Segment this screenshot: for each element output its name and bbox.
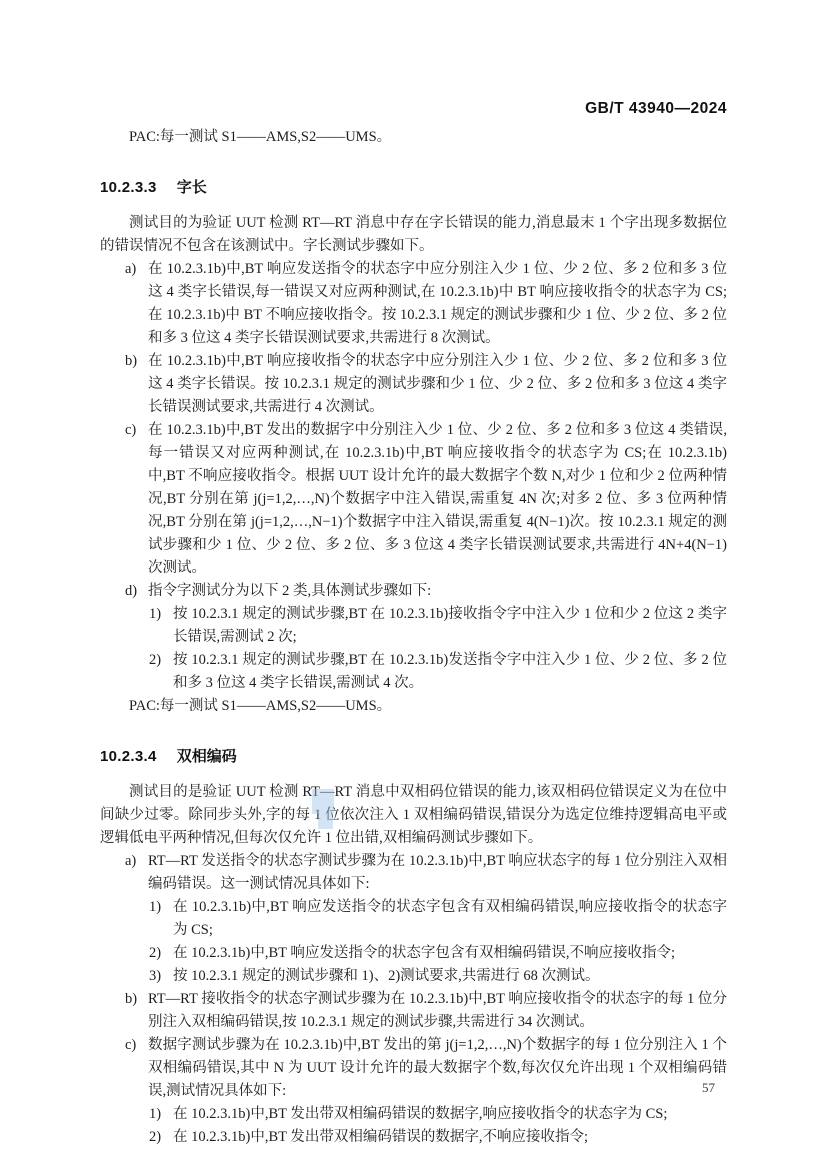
pac-line-bottom: PAC:每一测试 S1——AMS,S2——UMS。 — [100, 695, 727, 718]
list-item-c: c) 在 10.2.3.1b)中,BT 发出的数据字中分别注入少 1 位、少 2… — [100, 419, 727, 580]
sub-list-item-label: 1) — [149, 896, 161, 919]
sub-list-item-label: 1) — [149, 1103, 161, 1126]
page-content: PAC:每一测试 S1——AMS,S2——UMS。 10.2.3.3 字长 测试… — [100, 126, 727, 1149]
sub-list-item-label: 2) — [149, 942, 161, 965]
sub-list-item-label: 2) — [149, 649, 161, 672]
list-item-b: b) 在 10.2.3.1b)中,BT 响应接收指令的状态字中应分别注入少 1 … — [100, 350, 727, 419]
list-item-a: a) RT—RT 发送指令的状态字测试步骤为在 10.2.3.1b)中,BT 响… — [100, 850, 727, 896]
list-item-label: a) — [125, 258, 136, 281]
list-item-label: a) — [125, 850, 136, 873]
list-item-label: c) — [125, 419, 136, 442]
sub-list-item-label: 1) — [149, 603, 161, 626]
page-number: 57 — [702, 1076, 715, 1099]
list-item-text: RT—RT 发送指令的状态字测试步骤为在 10.2.3.1b)中,BT 响应状态… — [148, 850, 727, 896]
standard-number: GB/T 43940—2024 — [585, 100, 727, 117]
sub-list-item-d2: 2) 按 10.2.3.1 规定的测试步骤,BT 在 10.2.3.1b)发送指… — [100, 649, 727, 695]
sub-list-item-text: 在 10.2.3.1b)中,BT 响应发送指令的状态字包含有双相编码错误,响应接… — [173, 896, 727, 942]
running-header: GB/T 43940—2024 — [585, 97, 727, 120]
list-item-text: RT—RT 接收指令的状态字测试步骤为在 10.2.3.1b)中,BT 响应接收… — [148, 988, 727, 1034]
sub-list-item-label: 2) — [149, 1126, 161, 1149]
sub-list-item-text: 按 10.2.3.1 规定的测试步骤,BT 在 10.2.3.1b)接收指令字中… — [173, 603, 727, 649]
pac-line-top: PAC:每一测试 S1——AMS,S2——UMS。 — [100, 126, 727, 149]
list-item-c: c) 数据字测试步骤为在 10.2.3.1b)中,BT 发出的第 j(j=1,2… — [100, 1034, 727, 1103]
list-item-b: b) RT—RT 接收指令的状态字测试步骤为在 10.2.3.1b)中,BT 响… — [100, 988, 727, 1034]
sub-list-item-a1: 1) 在 10.2.3.1b)中,BT 响应发送指令的状态字包含有双相编码错误,… — [100, 896, 727, 942]
list-item-text: 在 10.2.3.1b)中,BT 发出的数据字中分别注入少 1 位、少 2 位、… — [148, 419, 727, 580]
sub-list-item-text: 在 10.2.3.1b)中,BT 发出带双相编码错误的数据字,不响应接收指令; — [173, 1126, 727, 1149]
sub-list-item-text: 在 10.2.3.1b)中,BT 发出带双相编码错误的数据字,响应接收指令的状态… — [173, 1103, 727, 1126]
sub-list-item-text: 按 10.2.3.1 规定的测试步骤和 1)、2)测试要求,共需进行 68 次测… — [173, 965, 727, 988]
heading-title: 字长 — [177, 179, 207, 196]
list-item-text: 指令字测试分为以下 2 类,具体测试步骤如下: — [148, 580, 727, 603]
list-item-label: c) — [125, 1034, 136, 1057]
document-page: GB/T 43940—2024 PAC:每一测试 S1——AMS,S2——UMS… — [0, 0, 827, 1170]
sub-list-item-a3: 3) 按 10.2.3.1 规定的测试步骤和 1)、2)测试要求,共需进行 68… — [100, 965, 727, 988]
list-item-label: b) — [125, 350, 137, 373]
heading-number: 10.2.3.4 — [100, 748, 157, 765]
list-item-text: 在 10.2.3.1b)中,BT 响应接收指令的状态字中应分别注入少 1 位、少… — [148, 350, 727, 419]
list-item-label: d) — [125, 580, 137, 603]
sub-list-item-c1: 1) 在 10.2.3.1b)中,BT 发出带双相编码错误的数据字,响应接收指令… — [100, 1103, 727, 1126]
sub-list-item-c2: 2) 在 10.2.3.1b)中,BT 发出带双相编码错误的数据字,不响应接收指… — [100, 1126, 727, 1149]
section-heading-biphase: 10.2.3.4 双相编码 — [100, 745, 727, 768]
heading-title: 双相编码 — [177, 748, 237, 765]
list-item-text: 在 10.2.3.1b)中,BT 响应发送指令的状态字中应分别注入少 1 位、少… — [148, 258, 727, 350]
list-item-a: a) 在 10.2.3.1b)中,BT 响应发送指令的状态字中应分别注入少 1 … — [100, 258, 727, 350]
sub-list-item-text: 按 10.2.3.1 规定的测试步骤,BT 在 10.2.3.1b)发送指令字中… — [173, 649, 727, 695]
list-item-text: 数据字测试步骤为在 10.2.3.1b)中,BT 发出的第 j(j=1,2,…,… — [148, 1034, 727, 1103]
section-intro-paragraph: 测试目的为验证 UUT 检测 RT—RT 消息中存在字长错误的能力,消息最末 1… — [100, 212, 727, 258]
section-heading-word-length: 10.2.3.3 字长 — [100, 176, 727, 199]
sub-list-item-label: 3) — [149, 965, 161, 988]
list-item-label: b) — [125, 988, 137, 1011]
sub-list-item-d1: 1) 按 10.2.3.1 规定的测试步骤,BT 在 10.2.3.1b)接收指… — [100, 603, 727, 649]
section-intro-paragraph: 测试目的是验证 UUT 检测 RT—RT 消息中双相码位错误的能力,该双相码位错… — [100, 781, 727, 850]
list-item-d: d) 指令字测试分为以下 2 类,具体测试步骤如下: — [100, 580, 727, 603]
heading-number: 10.2.3.3 — [100, 179, 157, 196]
sub-list-item-text: 在 10.2.3.1b)中,BT 响应发送指令的状态字包含有双相编码错误,不响应… — [173, 942, 727, 965]
sub-list-item-a2: 2) 在 10.2.3.1b)中,BT 响应发送指令的状态字包含有双相编码错误,… — [100, 942, 727, 965]
